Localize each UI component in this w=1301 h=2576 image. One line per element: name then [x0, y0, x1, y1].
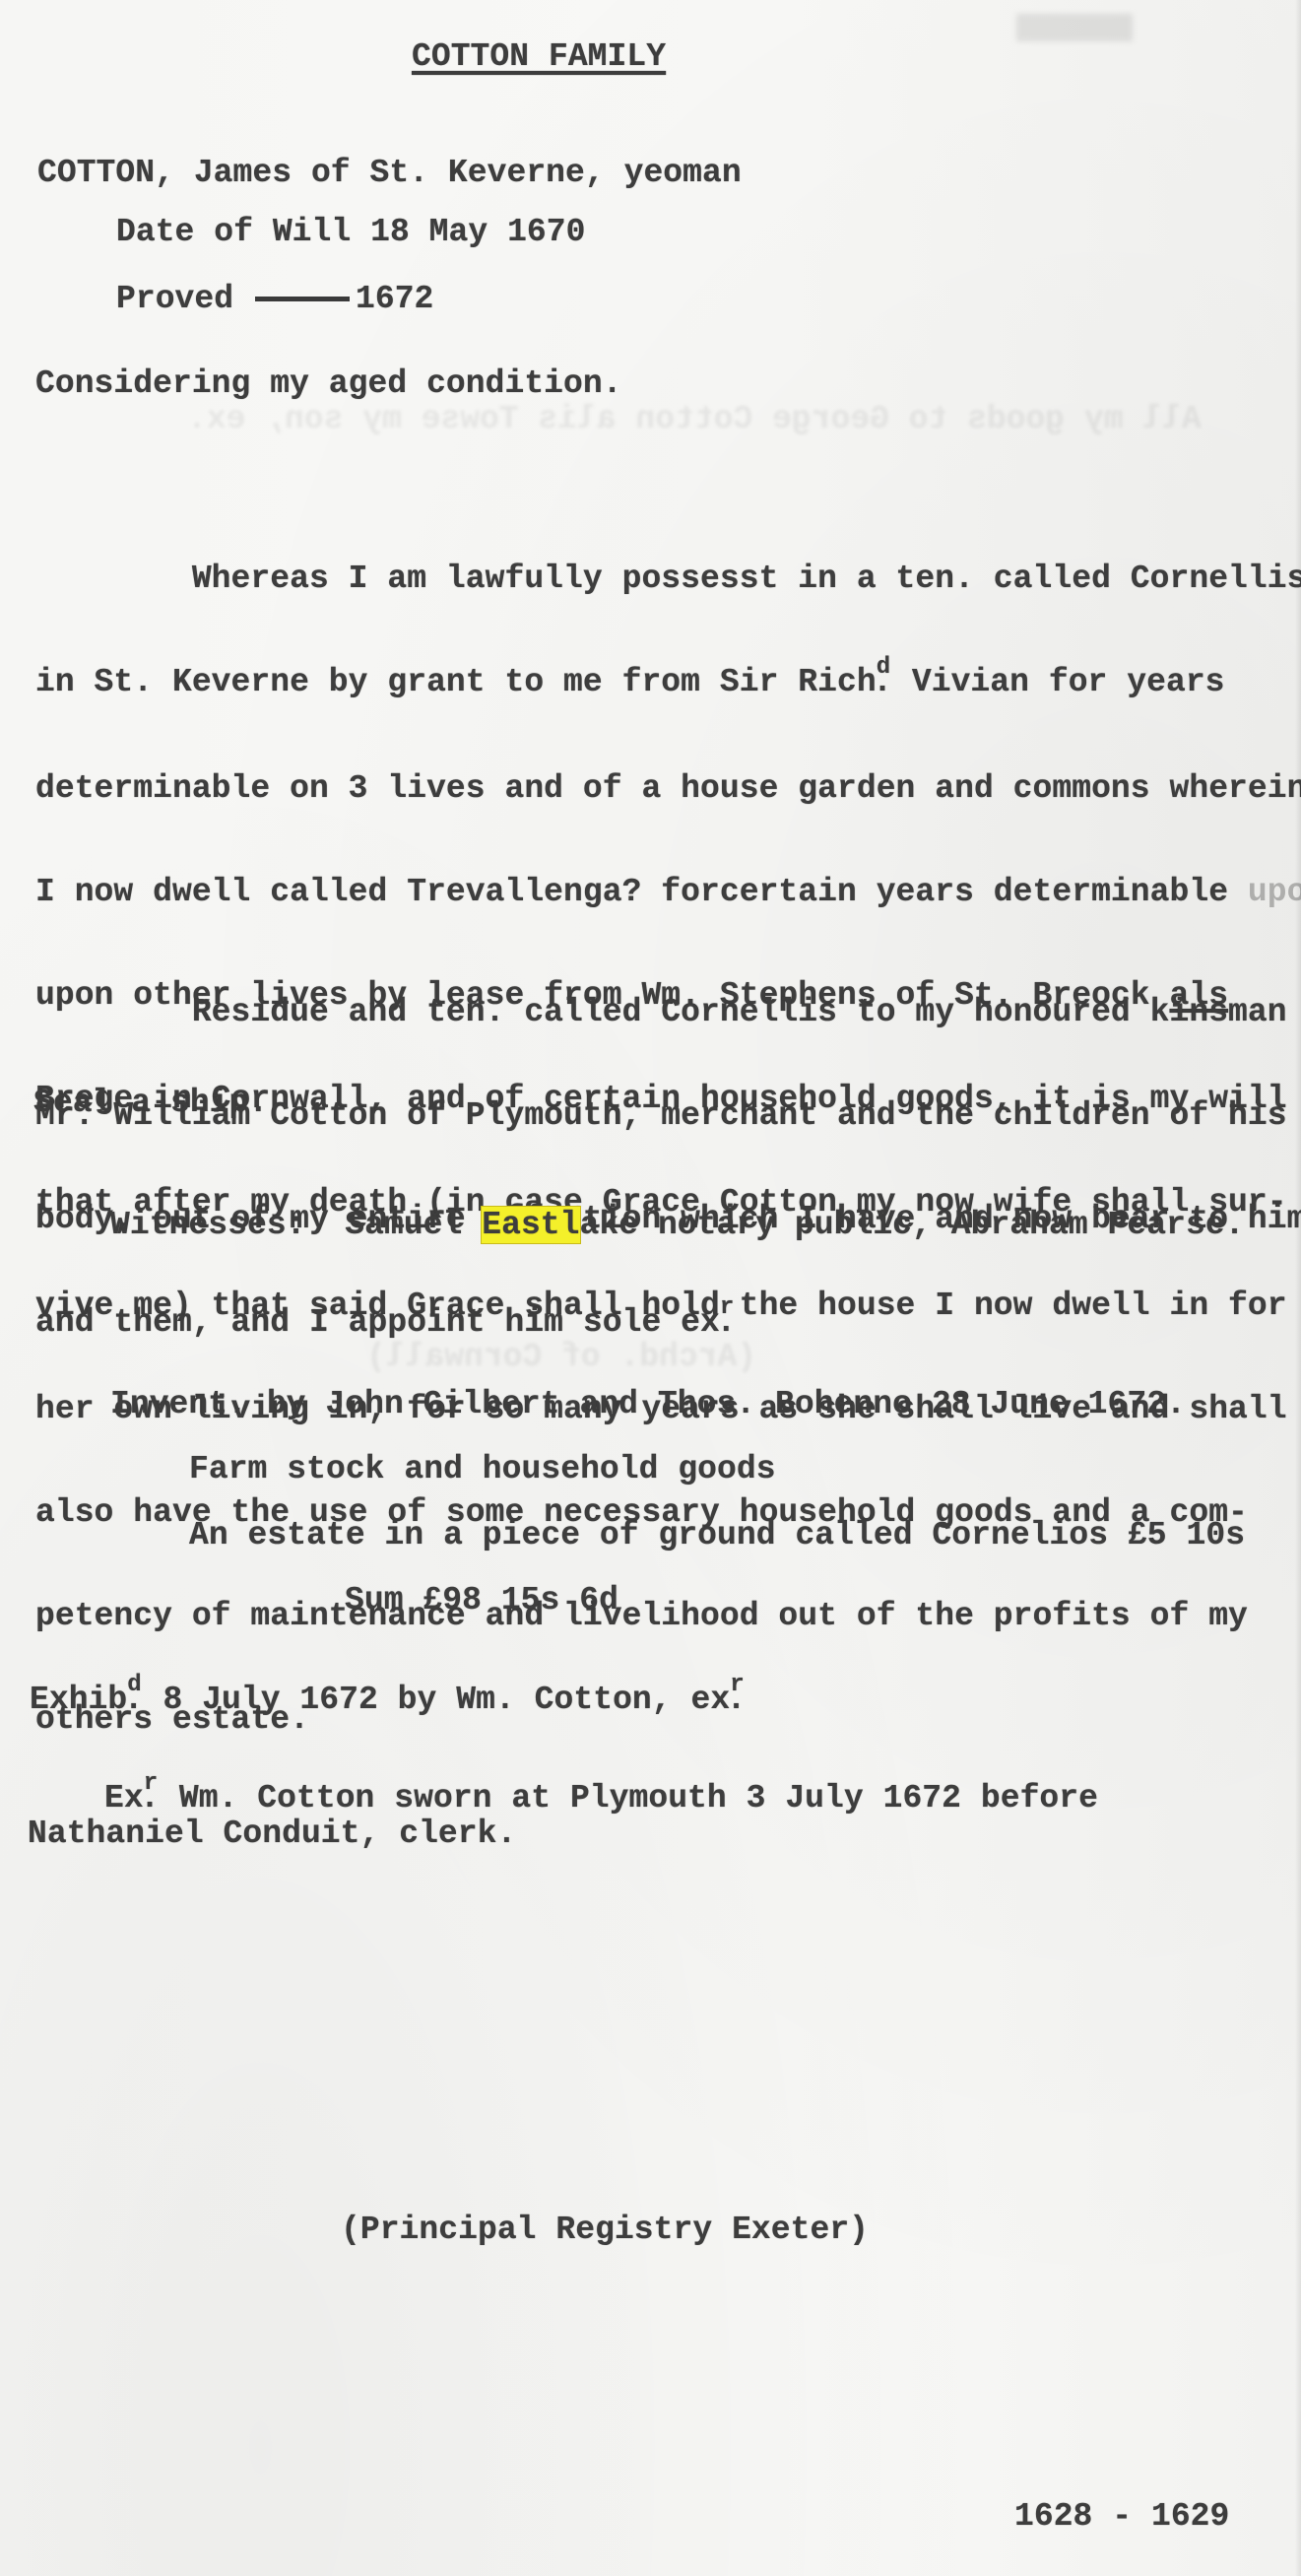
paragraph-line: I now dwell called Trevallenga? forcerta… — [35, 875, 1301, 909]
date-of-will-value: 18 May 1670 — [370, 214, 585, 250]
proved-line: Proved 1672 — [116, 282, 433, 316]
inventory-line: Invent. by John Gilbert and Thos. Bohenn… — [110, 1387, 1186, 1421]
superscript: r — [730, 1672, 744, 1698]
page-title: COTTON FAMILY — [412, 39, 666, 74]
inventory-sum: Sum £98 15s 6d — [345, 1583, 618, 1618]
proved-label: Proved — [116, 281, 233, 317]
paragraph-line: determinable on 3 lives and of a house g… — [35, 771, 1301, 806]
date-of-will-line: Date of Will 18 May 1670 — [116, 215, 586, 249]
blank-dash — [255, 297, 350, 301]
search-highlight: Eastl — [482, 1207, 579, 1243]
paragraph-line: in St. Keverne by grant to me from Sir R… — [35, 665, 1301, 702]
document-page: All my goods to George Cotton alis Towse… — [0, 0, 1301, 2576]
paragraph-line: Residue and ten. called Cornellis to my … — [35, 995, 1301, 1029]
registry-note: (Principal Registry Exeter) — [341, 2213, 869, 2247]
bleed-through-line: All my goods to George Cotton alis Towse… — [187, 402, 1202, 436]
paragraph-line: and them, and I appoint him sole exr. — [35, 1305, 1301, 1343]
superscript: r — [720, 1294, 734, 1321]
page-range: 1628 - 1629 — [1014, 2499, 1229, 2534]
superscript: d — [127, 1672, 141, 1698]
exhibited-line: Exhibd. 8 July 1672 by Wm. Cotton, exr. — [30, 1683, 747, 1720]
testator-line: COTTON, James of St. Keverne, yeoman — [37, 156, 742, 190]
paragraph-2: Residue and ten. called Cornellis to my … — [35, 926, 1301, 1412]
witnesses-line: Witnesses: Samuel Eastlake notary public… — [110, 1208, 1245, 1242]
paragraph-line: petency of maintenance and livelihood ou… — [35, 1599, 1301, 1633]
sworn-line-2: Nathaniel Conduit, clerk. — [28, 1816, 516, 1851]
witnesses-label: Witnesses: — [110, 1207, 306, 1243]
superscript: d — [877, 654, 890, 681]
inventory-item: Farm stock and household goods — [189, 1452, 776, 1486]
sworn-line: Exr. Wm. Cotton sworn at Plymouth 3 July… — [104, 1781, 1098, 1818]
proved-year: 1672 — [356, 281, 433, 317]
date-of-will-label: Date of Will — [116, 214, 351, 250]
smudge-mark — [1016, 14, 1133, 41]
paragraph-line: Whereas I am lawfully possesst in a ten.… — [35, 561, 1301, 596]
inventory-item: An estate in a piece of ground called Co… — [189, 1518, 1245, 1552]
superscript: r — [144, 1770, 158, 1797]
seal-line: Seal a ship. — [33, 1086, 268, 1120]
preamble: Considering my aged condition. — [35, 366, 622, 401]
